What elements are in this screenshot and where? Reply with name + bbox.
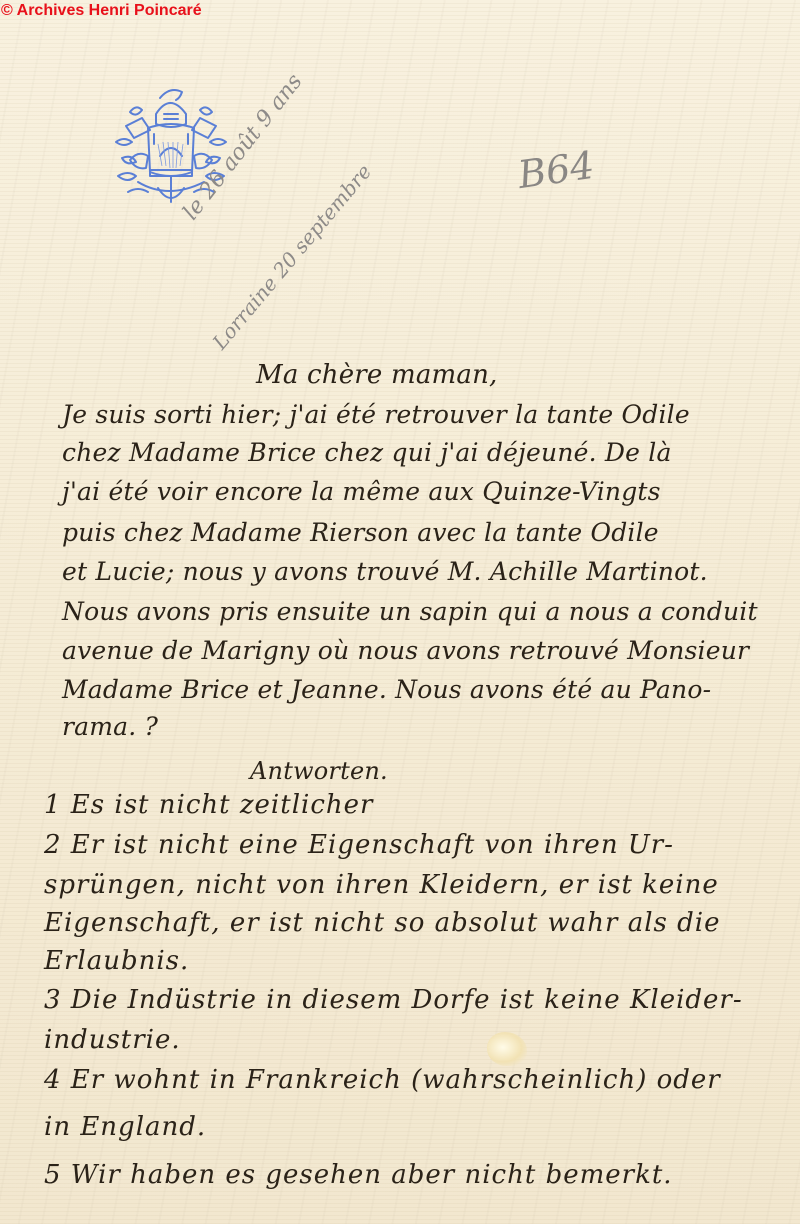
letter-line: rama. ? bbox=[62, 712, 158, 741]
answer-line: 1 Es ist nicht zeitlicher bbox=[44, 790, 373, 820]
letter-line: chez Madame Brice chez qui j'ai déjeuné.… bbox=[62, 438, 672, 467]
salutation: Ma chère maman, bbox=[256, 360, 497, 390]
answer-line: 5 Wir haben es gesehen aber nicht bemerk… bbox=[44, 1160, 673, 1190]
answer-line: sprüngen, nicht von ihren Kleidern, er i… bbox=[44, 870, 719, 900]
answer-line: 4 Er wohnt in Frankreich (wahrscheinlich… bbox=[44, 1065, 721, 1095]
answer-line: Eigenschaft, er ist nicht so absolut wah… bbox=[44, 908, 721, 938]
answer-line: in England. bbox=[44, 1112, 206, 1142]
letter-line: Nous avons pris ensuite un sapin qui a n… bbox=[62, 597, 758, 626]
answer-line: 3 Die Indüstrie in diesem Dorfe ist kein… bbox=[44, 985, 743, 1015]
letter-line: avenue de Marigny où nous avons retrouvé… bbox=[62, 636, 749, 665]
letter-line: Je suis sorti hier; j'ai été retrouver l… bbox=[62, 400, 690, 429]
letter-line: Madame Brice et Jeanne. Nous avons été a… bbox=[62, 675, 711, 704]
letter-line: j'ai été voir encore la même aux Quinze-… bbox=[62, 477, 661, 506]
paper-stain bbox=[487, 1032, 527, 1066]
letter-line: et Lucie; nous y avons trouvé M. Achille… bbox=[62, 557, 708, 586]
answer-line: industrie. bbox=[44, 1025, 181, 1055]
answers-heading: Antworten. bbox=[250, 757, 388, 785]
answer-line: 2 Er ist nicht eine Eigenschaft von ihre… bbox=[44, 830, 674, 860]
answer-line: Erlaubnis. bbox=[44, 946, 189, 976]
letter-line: puis chez Madame Rierson avec la tante O… bbox=[62, 518, 659, 547]
copyright-notice: © Archives Henri Poincaré bbox=[0, 0, 202, 22]
